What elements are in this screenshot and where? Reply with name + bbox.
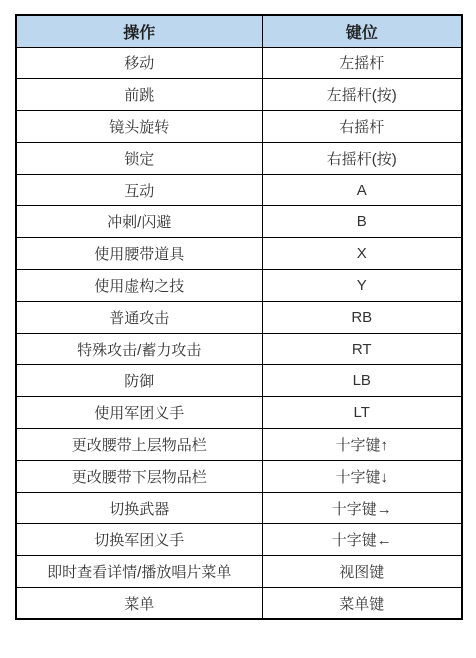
table-row: 即时查看详情/播放唱片菜单视图键 — [16, 556, 462, 588]
key-cell: 十字键↓ — [262, 460, 462, 492]
table-row: 使用虚构之技Y — [16, 270, 462, 302]
key-cell: RT — [262, 333, 462, 365]
table-row: 镜头旋转右摇杆 — [16, 111, 462, 143]
page: 操作 键位 移动左摇杆前跳左摇杆(按)镜头旋转右摇杆锁定右摇杆(按)互动A冲刺/… — [0, 0, 476, 658]
operation-cell: 互动 — [16, 174, 262, 206]
table-row: 更改腰带下层物品栏十字键↓ — [16, 460, 462, 492]
key-cell: 左摇杆 — [262, 47, 462, 79]
operation-cell: 使用腰带道具 — [16, 238, 262, 270]
column-header-operation: 操作 — [16, 15, 262, 47]
operation-cell: 防御 — [16, 365, 262, 397]
table-row: 切换武器十字键→ — [16, 492, 462, 524]
operation-cell: 冲刺/闪避 — [16, 206, 262, 238]
table-row: 前跳左摇杆(按) — [16, 79, 462, 111]
operation-cell: 使用军团义手 — [16, 397, 262, 429]
key-cell: 右摇杆 — [262, 111, 462, 143]
table-row: 防御LB — [16, 365, 462, 397]
table-body: 移动左摇杆前跳左摇杆(按)镜头旋转右摇杆锁定右摇杆(按)互动A冲刺/闪避B使用腰… — [16, 47, 462, 619]
operation-cell: 锁定 — [16, 142, 262, 174]
operation-cell: 使用虚构之技 — [16, 270, 262, 302]
key-cell: 右摇杆(按) — [262, 142, 462, 174]
operation-cell: 镜头旋转 — [16, 111, 262, 143]
table-row: 菜单菜单键 — [16, 588, 462, 620]
key-cell: 十字键← — [262, 524, 462, 556]
operation-cell: 切换武器 — [16, 492, 262, 524]
key-cell: 菜单键 — [262, 588, 462, 620]
key-cell: X — [262, 238, 462, 270]
table-row: 使用腰带道具X — [16, 238, 462, 270]
table-row: 锁定右摇杆(按) — [16, 142, 462, 174]
operation-cell: 特殊攻击/蓄力攻击 — [16, 333, 262, 365]
table-row: 使用军团义手LT — [16, 397, 462, 429]
key-cell: LB — [262, 365, 462, 397]
operation-cell: 切换军团义手 — [16, 524, 262, 556]
key-cell: 十字键→ — [262, 492, 462, 524]
key-cell: RB — [262, 301, 462, 333]
key-cell: LT — [262, 397, 462, 429]
header-row: 操作 键位 — [16, 15, 462, 47]
table-row: 冲刺/闪避B — [16, 206, 462, 238]
key-cell: 视图键 — [262, 556, 462, 588]
operation-cell: 菜单 — [16, 588, 262, 620]
table-row: 切换军团义手十字键← — [16, 524, 462, 556]
keybinding-table: 操作 键位 移动左摇杆前跳左摇杆(按)镜头旋转右摇杆锁定右摇杆(按)互动A冲刺/… — [15, 14, 463, 620]
key-cell: A — [262, 174, 462, 206]
operation-cell: 更改腰带下层物品栏 — [16, 460, 262, 492]
key-cell: Y — [262, 270, 462, 302]
table-row: 移动左摇杆 — [16, 47, 462, 79]
key-cell: 左摇杆(按) — [262, 79, 462, 111]
operation-cell: 普通攻击 — [16, 301, 262, 333]
table-row: 更改腰带上层物品栏十字键↑ — [16, 429, 462, 461]
table-row: 互动A — [16, 174, 462, 206]
column-header-key: 键位 — [262, 15, 462, 47]
operation-cell: 即时查看详情/播放唱片菜单 — [16, 556, 262, 588]
operation-cell: 更改腰带上层物品栏 — [16, 429, 262, 461]
table-row: 普通攻击RB — [16, 301, 462, 333]
key-cell: 十字键↑ — [262, 429, 462, 461]
key-cell: B — [262, 206, 462, 238]
operation-cell: 移动 — [16, 47, 262, 79]
table-row: 特殊攻击/蓄力攻击RT — [16, 333, 462, 365]
operation-cell: 前跳 — [16, 79, 262, 111]
